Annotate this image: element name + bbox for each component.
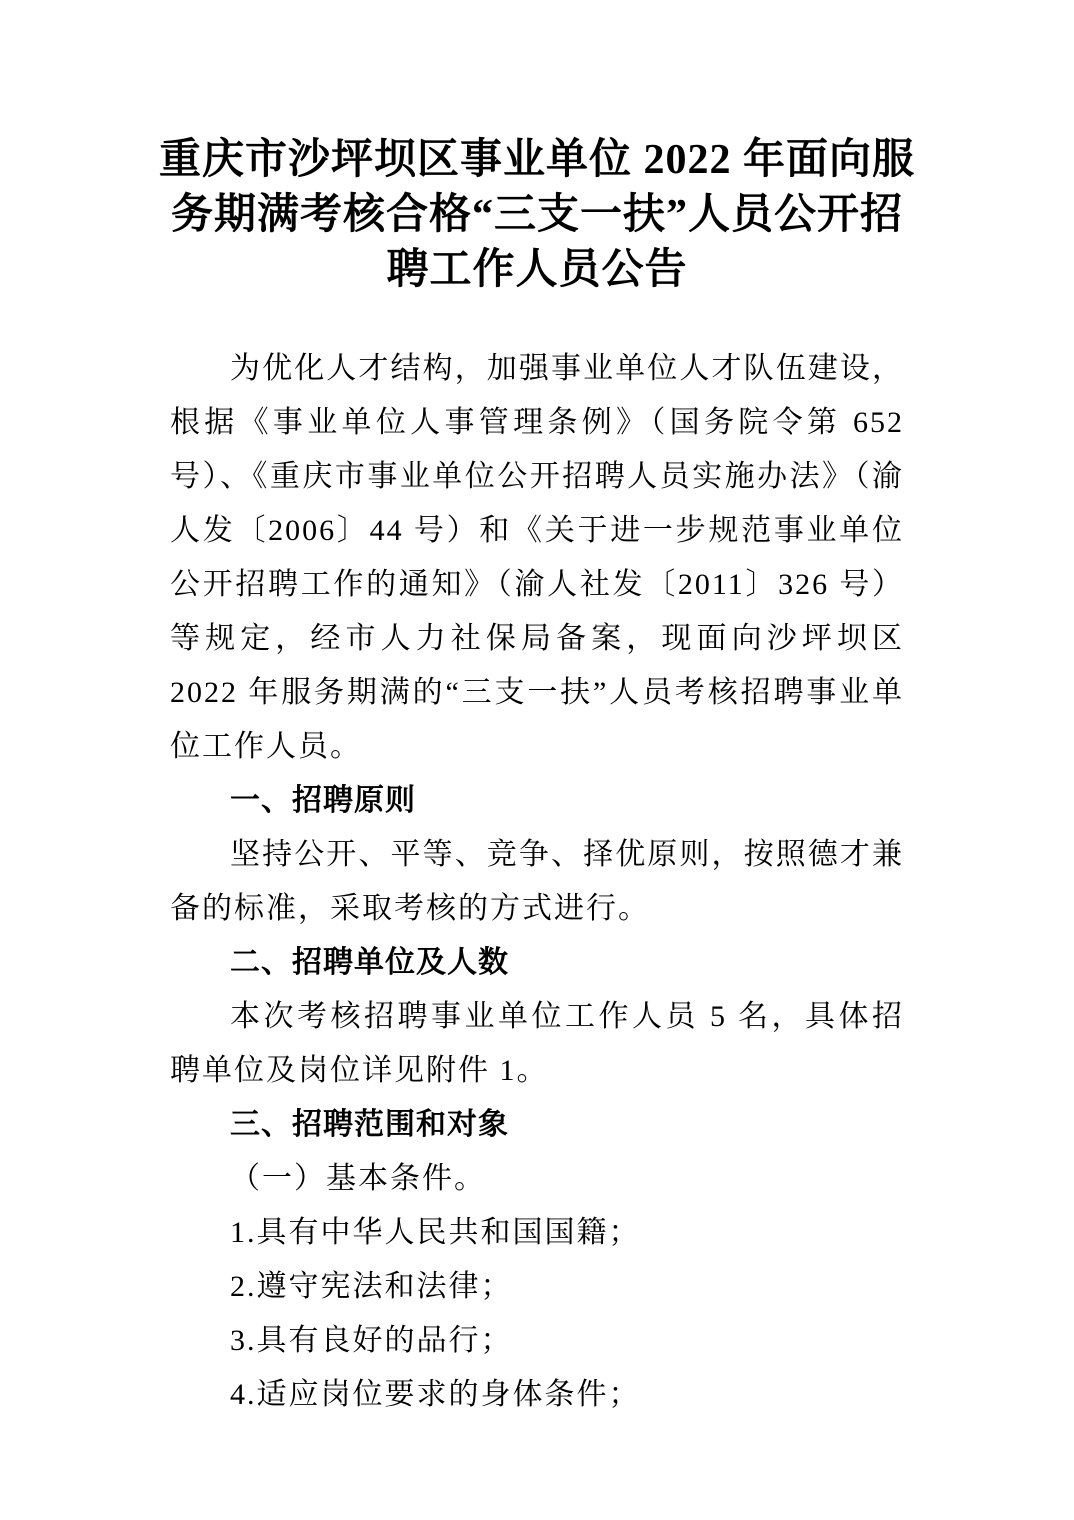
units-and-headcount-paragraph: 本次考核招聘事业单位工作人员 5 名，具体招聘单位及岗位详见附件 1。 bbox=[170, 990, 904, 1098]
document-title: 重庆市沙坪坝区事业单位 2022 年面向服务期满考核合格“三支一扶”人员公开招聘… bbox=[150, 133, 924, 298]
subheading-basic-conditions: （一）基本条件。 bbox=[170, 1152, 904, 1206]
document-page: 重庆市沙坪坝区事业单位 2022 年面向服务期满考核合格“三支一扶”人员公开招聘… bbox=[0, 0, 1074, 1520]
document-body: 为优化人才结构，加强事业单位人才队伍建设，根据《事业单位人事管理条例》（国务院令… bbox=[170, 342, 904, 1422]
recruitment-principles-paragraph: 坚持公开、平等、竞争、择优原则，按照德才兼备的标准，采取考核的方式进行。 bbox=[170, 828, 904, 936]
section-heading-scope-and-targets: 三、招聘范围和对象 bbox=[170, 1098, 904, 1152]
condition-item-physical: 4.适应岗位要求的身体条件； bbox=[170, 1368, 904, 1422]
intro-paragraph: 为优化人才结构，加强事业单位人才队伍建设，根据《事业单位人事管理条例》（国务院令… bbox=[170, 342, 904, 774]
condition-item-law: 2.遵守宪法和法律； bbox=[170, 1260, 904, 1314]
condition-item-conduct: 3.具有良好的品行； bbox=[170, 1314, 904, 1368]
section-heading-recruitment-principles: 一、招聘原则 bbox=[170, 774, 904, 828]
section-heading-units-and-headcount: 二、招聘单位及人数 bbox=[170, 936, 904, 990]
condition-item-nationality: 1.具有中华人民共和国国籍； bbox=[170, 1206, 904, 1260]
